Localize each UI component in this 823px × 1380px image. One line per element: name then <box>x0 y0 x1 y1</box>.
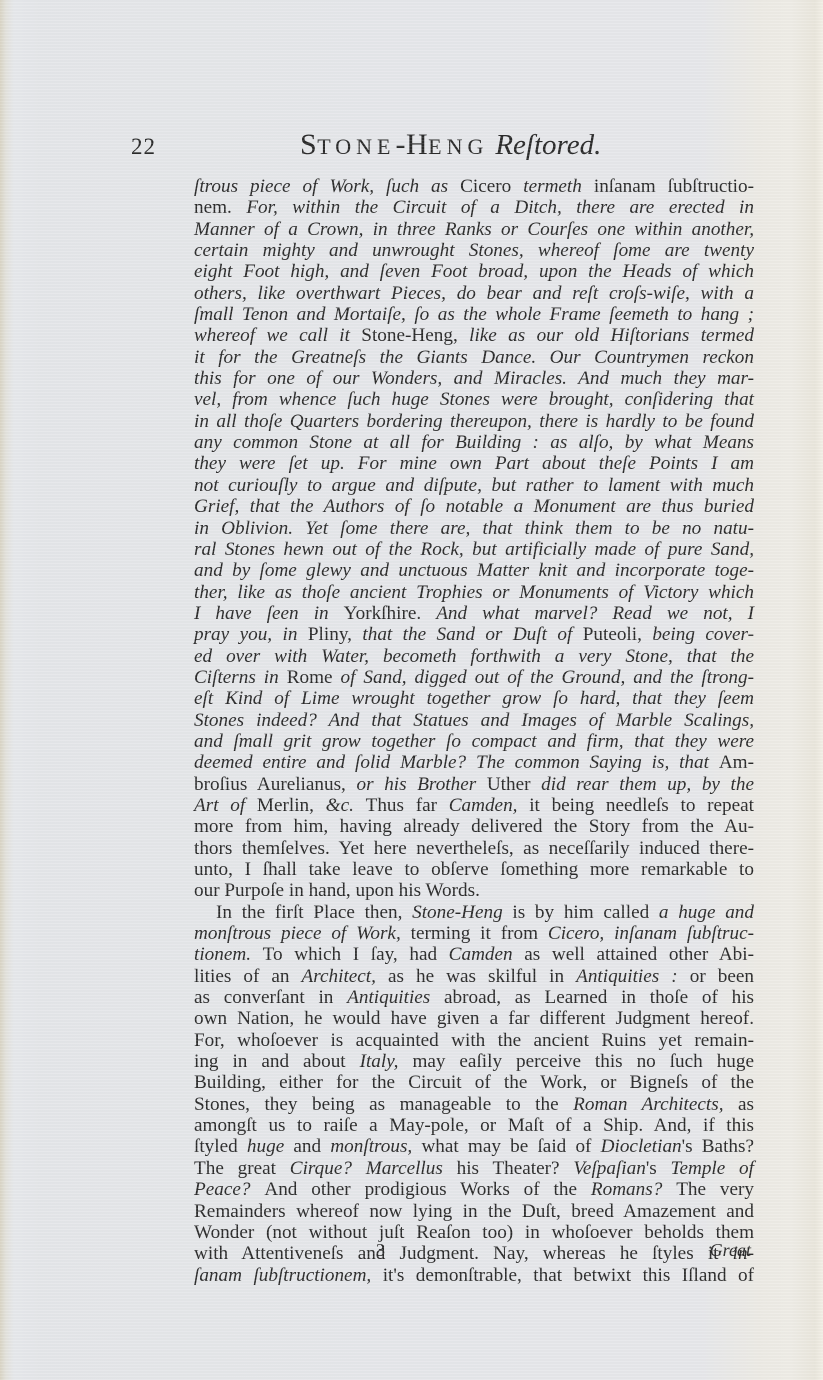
roman-run: Pliny, <box>308 624 363 645</box>
roman-run: broſius Aurelianus, <box>194 774 357 795</box>
roman-run: Stones, they being as manageable to the <box>194 1094 573 1115</box>
page-number: 22 <box>131 134 156 160</box>
text-line: own Nation, he would have given a far di… <box>194 1008 754 1029</box>
text-line: monſtrous piece of Work, terming it from… <box>194 923 754 944</box>
text-line: Manner of a Crown, in three Ranks or Cou… <box>194 219 754 240</box>
roman-run: In the firſt Place then, <box>216 902 412 923</box>
text-line: Peace? And other prodigious Works of the… <box>194 1179 754 1200</box>
italic-run: Stone-Heng <box>412 902 512 923</box>
text-line: thors themſelves. Yet here nevertheleſs,… <box>194 838 754 859</box>
roman-run: his Theater? <box>457 1158 574 1179</box>
italic-run: did rear them up, by the <box>541 774 754 795</box>
text-line: ed over with Water, becometh forthwith a… <box>194 646 754 667</box>
text-line: certain mighty and unwrought Stones, whe… <box>194 240 754 261</box>
roman-run: Stone-Heng, <box>361 325 469 346</box>
italic-run: Romans? <box>591 1179 676 1200</box>
roman-run: it's demonſtrable, that betwixt this Iſl… <box>383 1265 754 1286</box>
roman-run: Uther <box>487 774 541 795</box>
roman-run: it being needleſs to repeat <box>529 795 754 816</box>
text-line: they were ſet up. For mine own Part abou… <box>194 453 754 474</box>
roman-run: ſtyled <box>194 1136 247 1157</box>
roman-run: more from him, having already delivered … <box>194 816 754 837</box>
body-text: ſtrous piece of Work, ſuch as Cicero ter… <box>194 176 754 1286</box>
roman-run: Puteoli, <box>583 624 653 645</box>
text-line: In the firſt Place then, Stone-Heng is b… <box>194 902 754 923</box>
roman-run: ing in and about <box>194 1051 360 1072</box>
roman-run: And other prodigious Works of the <box>264 1179 591 1200</box>
text-line: ing in and about Italy, may eaſily perce… <box>194 1051 754 1072</box>
roman-run: thors themſelves. Yet here nevertheleſs,… <box>194 838 754 859</box>
italic-run: vel, from whence ſuch huge Stones were b… <box>194 389 754 410</box>
italic-run: Stones indeed? And that Statues and Imag… <box>194 710 754 731</box>
italic-run: Manner of a Crown, in three Ranks or Cou… <box>194 219 754 240</box>
text-line: ſanam ſubſtructionem, it's demonſtrable,… <box>194 1265 754 1286</box>
roman-run: as converſant in <box>194 987 347 1008</box>
roman-run: our Purpoſe in hand, upon his Words. <box>194 880 480 901</box>
italic-run: Italy, <box>360 1051 413 1072</box>
text-line: Remainders whereof now lying in the Duſt… <box>194 1201 754 1222</box>
text-line: ſtrous piece of Work, ſuch as Cicero ter… <box>194 176 754 197</box>
page-footer: 3 Great <box>194 1240 754 1260</box>
italic-run: deemed entire and ſolid Marble? The comm… <box>194 752 719 773</box>
roman-run: as he was skilful in <box>388 966 576 987</box>
italic-run: ther, like as thoſe ancient Trophies or … <box>194 582 754 603</box>
italic-run: ed over with Water, becometh forthwith a… <box>194 646 754 667</box>
text-line: lities of an Architect, as he was skilfu… <box>194 966 754 987</box>
italic-run: monſtrous, <box>330 1136 421 1157</box>
text-line: whereof we call it Stone-Heng, like as o… <box>194 325 754 346</box>
italic-run: Grief, that the Authors of ſo notable a … <box>194 496 754 517</box>
running-title-hyphen: - <box>395 128 406 161</box>
text-line: in Oblivion. Yet ſome there are, that th… <box>194 518 754 539</box>
text-line: our Purpoſe in hand, upon his Words. <box>194 880 754 901</box>
italic-run: &c. <box>326 795 366 816</box>
italic-run: certain mighty and unwrought Stones, whe… <box>194 240 754 261</box>
italic-run: or his Brother <box>357 774 487 795</box>
text-line: vel, from whence ſuch huge Stones were b… <box>194 389 754 410</box>
text-line: ſtyled huge and monſtrous, what may be ſ… <box>194 1136 754 1157</box>
italic-run: Camden, <box>449 795 529 816</box>
italic-run: monſtrous piece of Work, <box>194 923 411 944</box>
text-line: Art of Merlin, &c. Thus far Camden, it b… <box>194 795 754 816</box>
italic-run: huge <box>247 1136 294 1157</box>
roman-run: For, whoſoever is acquainted with the an… <box>194 1030 754 1051</box>
roman-run: 's Baths? <box>682 1136 754 1157</box>
text-line: Grief, that the Authors of ſo notable a … <box>194 496 754 517</box>
running-title-initial-1: S <box>300 128 317 161</box>
text-line: ral Stones hewn out of the Rock, but art… <box>194 539 754 560</box>
italic-run: Veſpaſian <box>573 1158 645 1179</box>
text-line: pray you, in Pliny, that the Sand or Duſ… <box>194 624 754 645</box>
italic-run: in all thoſe Quarters bordering thereupo… <box>194 411 754 432</box>
roman-run: nem. <box>194 197 246 218</box>
roman-run: lities of an <box>194 966 302 987</box>
roman-run: terming it from <box>411 923 548 944</box>
text-line: any common Stone at all for Building : a… <box>194 432 754 453</box>
roman-run: Yorkſhire. <box>344 603 437 624</box>
italic-run: ſtrous piece of Work, ſuch as <box>194 176 460 197</box>
roman-run: Building, either for the Circuit of the … <box>194 1072 754 1093</box>
roman-run: unto, I ſhall take leave to obſerve ſome… <box>194 859 754 880</box>
italic-run: a huge and <box>659 902 754 923</box>
italic-run: ſanam ſubſtructionem, <box>194 1265 383 1286</box>
italic-run: like as our old Hiſtorians termed <box>469 325 754 346</box>
roman-run: Remainders whereof now lying in the Duſt… <box>194 1201 754 1222</box>
italic-run: of Sand, digged out of the Ground, and t… <box>341 667 755 688</box>
text-line: ther, like as thoſe ancient Trophies or … <box>194 582 754 603</box>
italic-run: Antiquities <box>347 987 444 1008</box>
italic-run: ral Stones hewn out of the Rock, but art… <box>194 539 754 560</box>
italic-run: tionem. <box>194 944 263 965</box>
italic-run: Cirque? Marcellus <box>290 1158 457 1179</box>
italic-run: this for one of our Wonders, and Miracle… <box>194 368 754 389</box>
running-title: STONE-HENG Reſtored. <box>300 128 601 162</box>
text-line: The great Cirque? Marcellus his Theater?… <box>194 1158 754 1179</box>
text-line: Stones indeed? And that Statues and Imag… <box>194 710 754 731</box>
roman-run: Am- <box>719 752 754 773</box>
text-line: broſius Aurelianus, or his Brother Uther… <box>194 774 754 795</box>
roman-run: inſanam ſubſtructio- <box>594 176 754 197</box>
text-line: and ſmall grit grow together ſo compact … <box>194 731 754 752</box>
text-line: eight Foot high, and ſeven Foot broad, u… <box>194 261 754 282</box>
text-line: For, whoſoever is acquainted with the an… <box>194 1030 754 1051</box>
italic-run: they were ſet up. For mine own Part abou… <box>194 453 754 474</box>
roman-run: To which I ſay, had <box>263 944 449 965</box>
italic-run: For, within the Circuit of a Ditch, ther… <box>246 197 754 218</box>
roman-run: own Nation, he would have given a far di… <box>194 1008 754 1029</box>
roman-run: The very <box>676 1179 754 1200</box>
text-line: in all thoſe Quarters bordering thereupo… <box>194 411 754 432</box>
italic-run: whereof we call it <box>194 325 361 346</box>
italic-run: Temple of <box>671 1158 754 1179</box>
text-line: tionem. To which I ſay, had Camden as we… <box>194 944 754 965</box>
italic-run: not curiouſly to argue and diſpute, but … <box>194 475 754 496</box>
roman-run: Cicero <box>460 176 523 197</box>
roman-run: is by him called <box>512 902 658 923</box>
roman-run: Rome <box>287 667 341 688</box>
text-line: I have ſeen in Yorkſhire. And what marve… <box>194 603 754 624</box>
catchword: Great <box>710 1240 751 1261</box>
text-line: nem. For, within the Circuit of a Ditch,… <box>194 197 754 218</box>
italic-run: Antiquities : <box>576 966 690 987</box>
text-line: eſt Kind of Lime wrought together grow ſ… <box>194 688 754 709</box>
roman-run: Thus far <box>366 795 449 816</box>
book-page: 22 STONE-HENG Reſtored. ſtrous piece of … <box>0 0 823 1380</box>
italic-run: eight Foot high, and ſeven Foot broad, u… <box>194 261 754 282</box>
text-line: Ciſterns in Rome of Sand, digged out of … <box>194 667 754 688</box>
text-line: ſmall Tenon and Mortaiſe, ſo as the whol… <box>194 304 754 325</box>
italic-run: And what marvel? Read we not, I <box>436 603 754 624</box>
italic-run: Architect, <box>302 966 388 987</box>
roman-run: may eaſily perceive this no ſuch huge <box>412 1051 754 1072</box>
italic-run: Diocletian <box>601 1136 682 1157</box>
italic-run: being cover- <box>652 624 754 645</box>
italic-run: others, like overthwart Pieces, do bear … <box>194 283 754 304</box>
text-line: not curiouſly to argue and diſpute, but … <box>194 475 754 496</box>
italic-run: Art of <box>194 795 257 816</box>
roman-run: as well attained other Abi- <box>524 944 754 965</box>
running-title-italic: Reſtored. <box>495 129 601 161</box>
running-title-initial-2: H <box>406 128 428 161</box>
italic-run: Peace? <box>194 1179 264 1200</box>
text-line: more from him, having already delivered … <box>194 816 754 837</box>
italic-run: it for the Greatneſs the Giants Dance. O… <box>194 347 754 368</box>
running-title-smallcaps-1: TONE <box>317 134 395 159</box>
italic-run: Ciſterns in <box>194 667 287 688</box>
text-line: Stones, they being as manageable to the … <box>194 1094 754 1115</box>
text-line: deemed entire and ſolid Marble? The comm… <box>194 752 754 773</box>
italic-run: and ſmall grit grow together ſo compact … <box>194 731 754 752</box>
italic-run: any common Stone at all for Building : a… <box>194 432 754 453</box>
running-title-smallcaps-2: ENG <box>428 134 488 159</box>
roman-run: and <box>293 1136 330 1157</box>
text-line: unto, I ſhall take leave to obſerve ſome… <box>194 859 754 880</box>
italic-run: I have ſeen in <box>194 603 344 624</box>
signature-mark: 3 <box>376 1240 385 1261</box>
roman-run: or been <box>690 966 754 987</box>
text-line: as converſant in Antiquities abroad, as … <box>194 987 754 1008</box>
italic-run: Camden <box>449 944 525 965</box>
italic-run: in Oblivion. Yet ſome there are, that th… <box>194 518 754 539</box>
text-line: this for one of our Wonders, and Miracle… <box>194 368 754 389</box>
italic-run: ſmall Tenon and Mortaiſe, ſo as the whol… <box>194 304 754 325</box>
text-line: amongſt us to raiſe a May-pole, or Maſt … <box>194 1115 754 1136</box>
italic-run: pray you, in <box>194 624 308 645</box>
text-line: Building, either for the Circuit of the … <box>194 1072 754 1093</box>
italic-run: and by ſome glewy and unctuous Matter kn… <box>194 560 754 581</box>
text-line: it for the Greatneſs the Giants Dance. O… <box>194 347 754 368</box>
italic-run: Roman Architects, <box>573 1094 738 1115</box>
text-line: and by ſome glewy and unctuous Matter kn… <box>194 560 754 581</box>
italic-run: eſt Kind of Lime wrought together grow ſ… <box>194 688 754 709</box>
roman-run: 's <box>646 1158 671 1179</box>
roman-run: abroad, as Learned in thoſe of his <box>444 987 754 1008</box>
text-line: others, like overthwart Pieces, do bear … <box>194 283 754 304</box>
italic-run: termeth <box>523 176 594 197</box>
roman-run: amongſt us to raiſe a May-pole, or Maſt … <box>194 1115 754 1136</box>
italic-run: Cicero, inſanam ſubſtruc- <box>548 923 754 944</box>
roman-run: The great <box>194 1158 290 1179</box>
roman-run: Merlin, <box>257 795 326 816</box>
italic-run: that the Sand or Duſt of <box>362 624 582 645</box>
roman-run: as <box>738 1094 754 1115</box>
roman-run: what may be ſaid of <box>421 1136 600 1157</box>
